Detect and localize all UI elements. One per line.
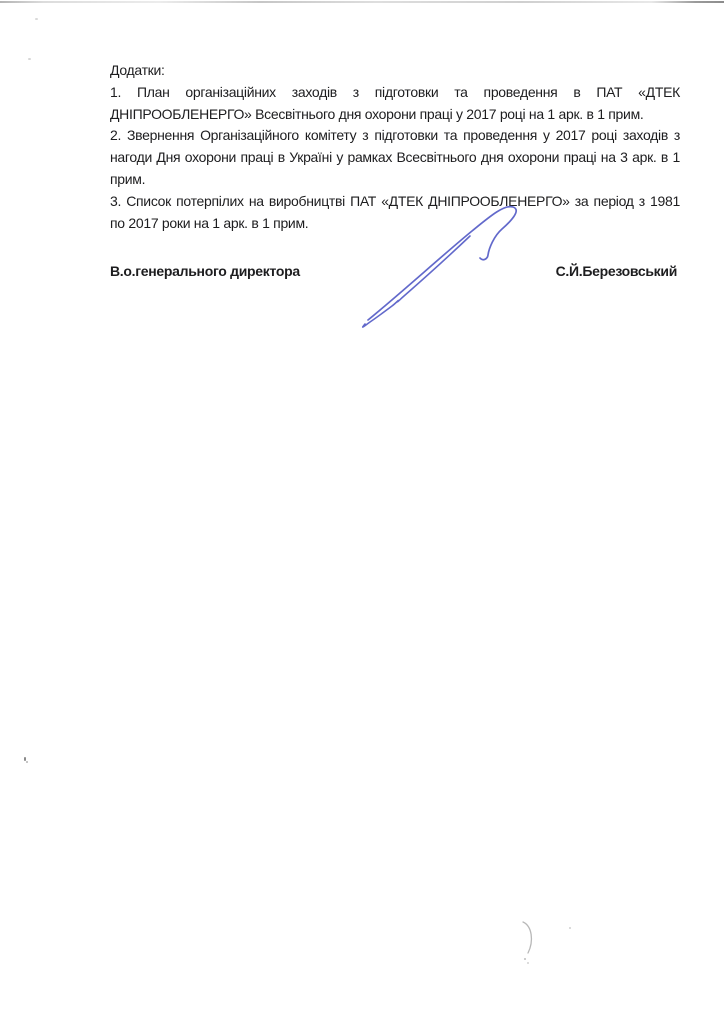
signatory-name: С.Й.Березовський xyxy=(556,263,677,279)
scan-speck xyxy=(569,927,571,929)
attachment-item-2: 2. Звернення Організаційного комітету з … xyxy=(110,125,680,190)
scan-speck xyxy=(26,761,28,763)
scan-curl-artifact xyxy=(510,915,550,975)
scanned-document-page: Додатки: 1. План організаційних заходів … xyxy=(0,0,724,1024)
scan-speck xyxy=(35,18,38,20)
attachment-item-1: 1. План організаційних заходів з підгото… xyxy=(110,82,680,126)
scan-edge-artifact xyxy=(0,1,724,3)
signature-ink xyxy=(350,198,525,333)
scan-speck xyxy=(28,58,31,60)
signatory-title: В.о.генерального директора xyxy=(110,263,300,279)
attachments-heading: Додатки: xyxy=(110,60,680,82)
